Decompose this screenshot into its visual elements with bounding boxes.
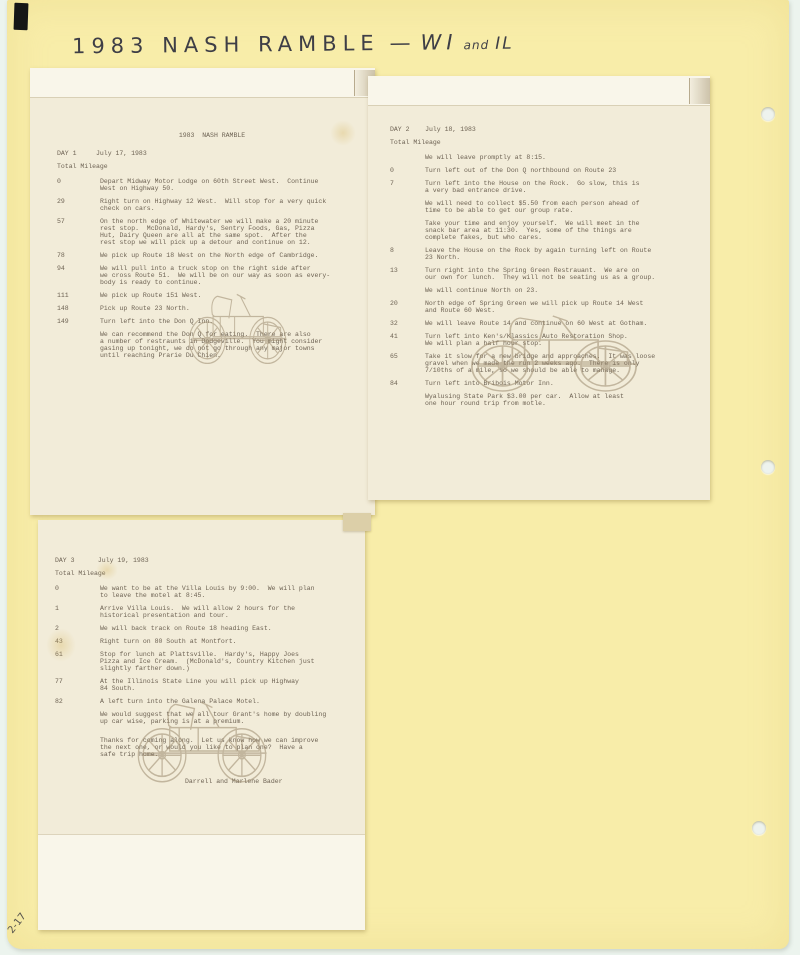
- punch-hole-icon: [752, 821, 766, 835]
- typed-page-day2: DAY 2 July 18, 1983 Total Mileage We wil…: [368, 76, 710, 500]
- route-entry: 29Right turn on Highway 12 West. Will st…: [57, 198, 367, 212]
- mileage-number: 1: [55, 605, 100, 619]
- route-entry: 0Depart Midway Motor Lodge on 60th Stree…: [57, 178, 367, 192]
- paper-stain: [96, 560, 118, 580]
- route-entry: 57On the north edge of Whitewater we wil…: [57, 218, 367, 246]
- mileage-number: 13: [390, 267, 425, 281]
- mileage-number: 111: [57, 292, 100, 299]
- handwritten-title: 1983 NASH RAMBLE—WIandIL: [72, 30, 514, 59]
- total-mileage-label: Total Mileage: [57, 163, 367, 170]
- day-date-line: DAY 1 July 17, 1983: [57, 150, 367, 157]
- document-title: 1983 NASH RAMBLE: [57, 132, 367, 139]
- route-entry: 78We pick up Route 18 West on the North …: [57, 252, 367, 259]
- route-entry: Take your time and enjoy yourself. We wi…: [390, 220, 702, 241]
- title-region: WI: [420, 30, 457, 54]
- antique-car-stamp-icon: [456, 296, 652, 396]
- mileage-number: [55, 737, 100, 758]
- title-main: 1983 NASH RAMBLE: [72, 31, 380, 58]
- route-instruction: Stop for lunch at Plattsville. Hardy's, …: [100, 651, 357, 672]
- punch-hole-icon: [761, 460, 775, 474]
- route-instruction: Depart Midway Motor Lodge on 60th Street…: [100, 178, 367, 192]
- mileage-number: 65: [390, 353, 425, 374]
- antique-car-stamp-icon: [180, 276, 295, 368]
- mileage-number: 7: [390, 180, 425, 194]
- mileage-number: 82: [55, 698, 100, 705]
- mileage-number: 77: [55, 678, 100, 692]
- route-instruction: We will need to collect $5.50 from each …: [425, 200, 702, 214]
- mileage-number: 0: [57, 178, 100, 192]
- route-entry: We will continue North on 23.: [390, 287, 702, 294]
- title-and: and: [464, 38, 490, 52]
- mileage-number: 57: [57, 218, 100, 246]
- route-entry: 61Stop for lunch at Plattsville. Hardy's…: [55, 651, 357, 672]
- route-instruction: On the north edge of Whitewater we will …: [100, 218, 367, 246]
- mileage-number: [390, 287, 425, 294]
- mileage-number: [390, 154, 425, 161]
- route-instruction: We will continue North on 23.: [425, 287, 702, 294]
- mileage-number: 0: [55, 585, 100, 599]
- route-entry: 0We want to be at the Villa Louis by 9:0…: [55, 585, 357, 599]
- route-instruction: We will back track on Route 18 heading E…: [100, 625, 357, 632]
- mileage-number: 0: [390, 167, 425, 174]
- mileage-number: [390, 393, 425, 407]
- mileage-number: 41: [390, 333, 425, 347]
- mileage-number: 20: [390, 300, 425, 314]
- mileage-number: 149: [57, 318, 100, 325]
- route-instruction: Turn left out of the Don Q northbound on…: [425, 167, 702, 174]
- route-entry: 43Right turn on 80 South at Montfort.: [55, 638, 357, 645]
- mileage-number: 148: [57, 305, 100, 312]
- route-entry: 7Turn left into the House on the Rock. G…: [390, 180, 702, 194]
- route-instruction: We want to be at the Villa Louis by 9:00…: [100, 585, 357, 599]
- route-instruction: Turn right into the Spring Green Restrau…: [425, 267, 702, 281]
- black-binding-mark: [14, 3, 29, 30]
- mileage-number: [55, 711, 100, 725]
- route-entry: We will leave promptly at 8:15.: [390, 154, 702, 161]
- mileage-number: 78: [57, 252, 100, 259]
- route-instruction: Turn left into the House on the Rock. Go…: [425, 180, 702, 194]
- route-entry: 0Turn left out of the Don Q northbound o…: [390, 167, 702, 174]
- paper-stain: [46, 628, 76, 662]
- mileage-number: 32: [390, 320, 425, 327]
- punch-hole-icon: [761, 107, 775, 121]
- route-entry: We will need to collect $5.50 from each …: [390, 200, 702, 214]
- route-instruction: Right turn on Highway 12 West. Will stop…: [100, 198, 367, 212]
- page-bottom-fold: [38, 834, 365, 930]
- route-instruction: Arrive Villa Louis. We will allow 2 hour…: [100, 605, 357, 619]
- route-instruction: Take your time and enjoy yourself. We wi…: [425, 220, 702, 241]
- mileage-number: 29: [57, 198, 100, 212]
- mileage-number: [390, 220, 425, 241]
- route-entry: 2We will back track on Route 18 heading …: [55, 625, 357, 632]
- route-entry: 13Turn right into the Spring Green Restr…: [390, 267, 702, 281]
- mileage-number: 94: [57, 265, 100, 286]
- route-entry: 1Arrive Villa Louis. We will allow 2 hou…: [55, 605, 357, 619]
- scrapbook-scan: 1983 NASH RAMBLE—WIandIL 1983 NASH RAMBL…: [0, 0, 800, 955]
- paper-stain: [330, 120, 356, 146]
- title-state: IL: [495, 34, 514, 54]
- route-entry: 8Leave the House on the Rock by again tu…: [390, 247, 702, 261]
- day-date-line: DAY 2 July 18, 1983: [390, 126, 702, 133]
- route-instruction: We pick up Route 18 West on the North ed…: [100, 252, 367, 259]
- mileage-number: [390, 200, 425, 214]
- mileage-number: 8: [390, 247, 425, 261]
- antique-car-stamp-icon: [126, 681, 278, 787]
- route-instruction: Leave the House on the Rock by again tur…: [425, 247, 702, 261]
- total-mileage-label: Total Mileage: [390, 139, 702, 146]
- mileage-number: 84: [390, 380, 425, 387]
- route-instruction: We will leave promptly at 8:15.: [425, 154, 702, 161]
- route-instruction: Right turn on 80 South at Montfort.: [100, 638, 357, 645]
- title-dash: —: [389, 31, 410, 55]
- mileage-number: [57, 331, 100, 359]
